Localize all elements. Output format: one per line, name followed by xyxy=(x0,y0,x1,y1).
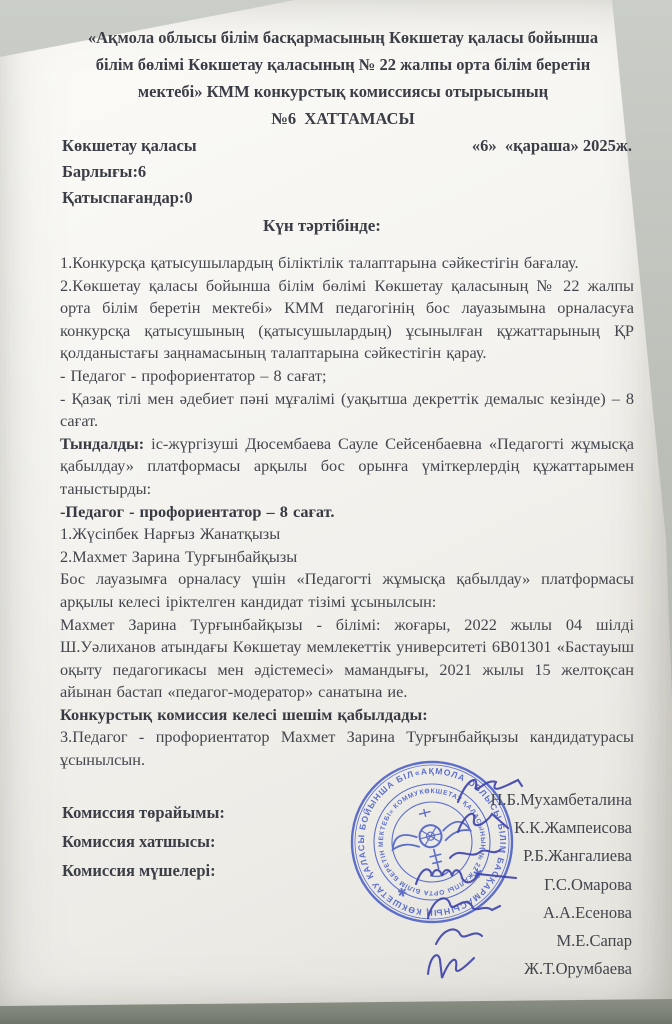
title-line: «Ақмола облысы білім басқармасының Көкше… xyxy=(64,24,622,51)
signature-name: Р.Б.Жангалиева xyxy=(490,842,632,870)
paragraph: 1.Жүсіпбек Нарғыз Жанатқызы xyxy=(60,523,634,546)
paragraph: 2.Махмет Зарина Турғынбайқызы xyxy=(60,546,634,569)
paragraph: Махмет Зарина Турғынбайқызы - білімі: жо… xyxy=(60,614,634,704)
signature-block: Комиссия төрайымы:Комиссия хатшысы:Комис… xyxy=(62,796,632,996)
document-title: «Ақмола облысы білім басқармасының Көкше… xyxy=(64,24,622,132)
agenda-heading: Күн тәртібінде: xyxy=(0,216,644,236)
absent-count: Қатыспағандар:0 xyxy=(62,185,632,211)
text-segment: іс-жүргізуші Дюсембаева Сауле Сейсенбаев… xyxy=(60,434,634,498)
signature-label: Комиссия хатшысы: xyxy=(62,827,225,856)
title-line: мектебі» КММ конкурстық комиссиясы отыры… xyxy=(64,78,622,105)
signature-name: А.А.Есенова xyxy=(490,899,632,927)
text-segment: Махмет Зарина Турғынбайқызы - білімі: жо… xyxy=(60,615,634,702)
signature-label: Комиссия мүшелері: xyxy=(62,856,225,885)
text-segment: 2.Көкшетау қаласы бойынша білім бөлімі К… xyxy=(60,276,634,363)
text-segment: Тындалды: xyxy=(60,434,144,453)
signature-name: М.Е.Сапар xyxy=(490,927,632,955)
text-segment: 2.Махмет Зарина Турғынбайқызы xyxy=(60,547,297,566)
total-count: Барлығы:6 xyxy=(62,159,632,185)
paragraph: Тындалды: іс-жүргізуші Дюсембаева Сауле … xyxy=(60,433,634,501)
paragraph: Бос лауазымға орналасу үшін «Педагогті ж… xyxy=(60,568,634,613)
signature-name: Ж.Т.Орумбаева xyxy=(490,955,632,983)
document-body: 1.Конкурсқа қатысушылардың біліктілік та… xyxy=(60,252,634,772)
city-label: Көкшетау қаласы xyxy=(62,133,197,159)
signature-names: Н.Б.МухамбеталинаК.К.ЖампеисоваР.Б.Жанга… xyxy=(490,786,632,983)
text-segment: -Педагог - профориентатор – 8 сағат. xyxy=(60,502,335,521)
date-label: «6» «қараша» 2025ж. xyxy=(472,133,632,159)
text-segment: Бос лауазымға орналасу үшін «Педагогті ж… xyxy=(60,569,634,611)
paragraph: -Педагог - профориентатор – 8 сағат. xyxy=(60,501,634,524)
signature-name: Г.С.Омарова xyxy=(490,871,632,899)
paragraph: Конкурстық комиссия келесі шешім қабылда… xyxy=(60,704,634,727)
signature-name: К.К.Жампеисова xyxy=(490,814,632,842)
signature-name: Н.Б.Мухамбеталина xyxy=(490,786,632,814)
paragraph: - Педагог - профориентатор – 8 сағат; xyxy=(60,365,634,388)
signature-labels: Комиссия төрайымы:Комиссия хатшысы:Комис… xyxy=(62,798,225,885)
title-line: №6 ХАТТАМАСЫ xyxy=(64,105,622,132)
paragraph: 3.Педагог - профориентатор Махмет Зарина… xyxy=(60,726,634,771)
paragraph: 1.Конкурсқа қатысушылардың біліктілік та… xyxy=(60,252,634,275)
text-segment: - Педагог - профориентатор – 8 сағат; xyxy=(60,366,326,385)
document-photo: «Ақмола облысы білім басқармасының Көкше… xyxy=(0,0,672,1024)
paragraph: 2.Көкшетау қаласы бойынша білім бөлімі К… xyxy=(60,275,634,365)
signature-label: Комиссия төрайымы: xyxy=(62,798,225,827)
text-segment: 1.Жүсіпбек Нарғыз Жанатқызы xyxy=(60,524,280,543)
paragraph: - Қазақ тілі мен әдебиет пәні мұғалімі (… xyxy=(60,388,634,433)
text-segment: Конкурстық комиссия келесі шешім қабылда… xyxy=(60,705,428,724)
title-line: білім бөлімі Көкшетау қаласының № 22 жал… xyxy=(64,51,622,78)
text-segment: 3.Педагог - профориентатор Махмет Зарина… xyxy=(60,727,634,769)
meta-block: Көкшетау қаласы «6» «қараша» 2025ж. Барл… xyxy=(62,133,632,211)
text-segment: 1.Конкурсқа қатысушылардың біліктілік та… xyxy=(60,253,579,272)
text-segment: - Қазақ тілі мен әдебиет пәні мұғалімі (… xyxy=(60,389,634,431)
